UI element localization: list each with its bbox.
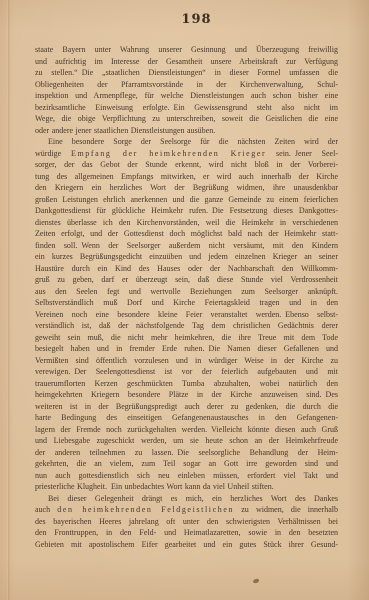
text-run: der anderen teilnehmen zu lassen. Die se… [35,448,338,457]
page-number: 198 [0,12,369,27]
text-line: lagern der Fremde noch zurückgehalten we… [35,424,338,436]
text-run: dienstes überlasse ich den Kirchenvorstä… [35,218,338,227]
text-line: oder andere jener staatlichen Dienstleis… [35,125,338,137]
text-line: den Kriegern ein herzliches Wort der Beg… [35,182,338,194]
text-run: auch [35,505,57,514]
text-line: und aufrichtig im Interesse der Gesamthe… [35,56,338,68]
text-run: bezirksamtliche Einweisung erfolgte. Ein… [35,103,338,112]
text-run: trauerumflorten Kerzen geschmückten Tumb… [35,379,338,388]
text-run: harte Bedingung des einseitigen Gefangen… [35,413,338,422]
text-run: inspektion und Armenpflege, für welche D… [35,91,338,100]
text-run: Vermißten sind öffentlich vorzulesen und… [35,356,338,365]
text-run: Obliegenheiten der Pfarramtsvorstände in… [35,80,338,89]
text-line: der anderen teilnehmen zu lassen. Die se… [35,447,338,459]
book-page: 198 staate Bayern unter Wahrung unserer … [0,0,369,600]
text-line: gruß zu geben, darf er überzeugt sein, d… [35,274,338,286]
emphasized-spaced-text: Empfang der heimkehrenden Krieger [71,149,266,158]
text-line: priesterliche Klugheit. Ein unbedachtes … [35,481,338,493]
text-run: Bei dieser Gelegenheit drängt es mich, e… [48,494,338,503]
text-run: gruß zu geben, darf er überzeugt sein, d… [35,275,338,284]
text-run: heimgekehrten Kriegern besondere Plätze … [35,390,338,399]
text-run: tung des allgemeinen Empfangs mitwirken,… [35,172,338,181]
text-line: Gebieten mit apostolischem Eifer gearbei… [35,539,338,551]
text-run: den Fronttruppen, in den Feld- und Heima… [35,528,338,537]
emphasized-spaced-text: den heimkehrenden Feldgeistlichen [57,505,234,514]
text-line: zu stellen.“ Die „staatlichen Dienstleis… [35,67,338,79]
text-line: Bei dieser Gelegenheit drängt es mich, e… [35,493,338,505]
text-run: sorger, der das Gebot der Stunde erkennt… [35,160,338,169]
text-run: und aufrichtig im Interesse der Gesamthe… [35,57,338,66]
text-line: ein kurzes Begrüßungsgedicht einzuüben u… [35,251,338,263]
text-line: würdige Empfang der heimkehrenden Kriege… [35,148,338,160]
text-line: sorger, der das Gebot der Stunde erkennt… [35,159,338,171]
text-line: dienstes überlasse ich den Kirchenvorstä… [35,217,338,229]
text-line: aus den Seelen fegt und wertvolle Bezieh… [35,286,338,298]
text-line: großen Leistungen ehrlich anerkennen und… [35,194,338,206]
text-line: Zeiten erfolgt, und der Gottesdienst doc… [35,228,338,240]
text-run: des bayerischen Heeres jahrelang oft unt… [35,517,338,526]
text-line: Haustüre durch ein Kind des Hauses oder … [35,263,338,275]
text-run: den Kriegern ein herzliches Wort der Beg… [35,183,338,192]
text-line: Selbstverständlich muß Dorf und Kirche F… [35,297,338,309]
text-line: Vermißten sind öffentlich vorzulesen und… [35,355,338,367]
text-run: Vereinen noch eine besondere kleine Feie… [35,310,338,319]
text-run: gekehrten, die an vielem, zum Teil sogar… [35,459,338,468]
text-line: inspektion und Armenpflege, für welche D… [35,90,338,102]
text-run: ein kurzes Begrüßungsgedicht einzuüben u… [35,252,338,261]
text-line: trauerumflorten Kerzen geschmückten Tumb… [35,378,338,390]
text-line: gekehrten, die an vielem, zum Teil sogar… [35,458,338,470]
text-run: priesterliche Klugheit. Ein unbedachtes … [35,482,274,491]
text-line: besiegelt haben und in fremder Erde ruhe… [35,343,338,355]
text-run: verständlich ist, daß der nächstfolgende… [35,321,338,330]
text-run: staate Bayern unter Wahrung unserer Gesi… [35,45,338,54]
text-run: lagern der Fremde noch zurückgehalten we… [35,425,338,434]
text-line: geweiht sein muß, die nicht mehr heimkeh… [35,332,338,344]
text-run: weiteren ist in der Begrüßungspredigt au… [35,402,338,411]
text-line: staate Bayern unter Wahrung unserer Gesi… [35,44,338,56]
text-run: besiegelt haben und in fremder Erde ruhe… [35,344,338,353]
text-line: Wege, die obige Verpflichtung zu untersc… [35,113,338,125]
text-line: den Fronttruppen, in den Feld- und Heima… [35,527,338,539]
text-line: harte Bedingung des einseitigen Gefangen… [35,412,338,424]
text-run: Selbstverständlich muß Dorf und Kirche F… [35,298,338,307]
text-line: finden soll. Wenn der Seelsorger außerde… [35,240,338,252]
text-run: verewigen. Der Seelengottesdienst ist vo… [35,367,338,376]
text-line: verewigen. Der Seelengottesdienst ist vo… [35,366,338,378]
text-line: tung des allgemeinen Empfangs mitwirken,… [35,171,338,183]
text-run: sein. Jener Seel- [266,149,338,158]
text-line: auch den heimkehrenden Feldgeistlichen z… [35,504,338,516]
text-run: Eine besondere Sorge der Seelsorge für d… [48,137,338,146]
text-run: oder andere jener staatlichen Dienstleis… [35,126,215,135]
paper-stain [253,578,260,583]
text-line: Eine besondere Sorge der Seelsorge für d… [35,136,338,148]
page-edge-crease [7,0,10,600]
text-line: des bayerischen Heeres jahrelang oft unt… [35,516,338,528]
text-run: Gebieten mit apostolischem Eifer gearbei… [35,540,338,549]
text-run: geweiht sein muß, die nicht mehr heimkeh… [35,333,338,342]
text-line: und Liebesgabe zugeschickt werden, um si… [35,435,338,447]
text-run: Wege, die obige Verpflichtung zu untersc… [35,114,338,123]
text-line: Dankgottesdienst für glückliche Heimkehr… [35,205,338,217]
text-line: nun auch gottesdienstlich sich neu einle… [35,470,338,482]
text-run: würdige [35,149,71,158]
text-run: aus den Seelen fegt und wertvolle Bezieh… [35,287,338,296]
text-run: zu widmen, die innerhalb [234,505,338,514]
page-text: staate Bayern unter Wahrung unserer Gesi… [35,44,338,550]
text-line: verständlich ist, daß der nächstfolgende… [35,320,338,332]
text-run: und Liebesgabe zugeschickt werden, um si… [35,436,338,445]
text-run: zu stellen.“ Die „staatlichen Dienstleis… [35,68,338,77]
text-line: Obliegenheiten der Pfarramtsvorstände in… [35,79,338,91]
text-line: Vereinen noch eine besondere kleine Feie… [35,309,338,321]
text-run: Zeiten erfolgt, und der Gottesdienst doc… [35,229,338,238]
text-run: Haustüre durch ein Kind des Hauses oder … [35,264,338,273]
text-run: nun auch gottesdienstlich sich neu einle… [35,471,338,480]
text-run: großen Leistungen ehrlich anerkennen und… [35,195,338,204]
text-line: bezirksamtliche Einweisung erfolgte. Ein… [35,102,338,114]
text-run: Dankgottesdienst für glückliche Heimkehr… [35,206,338,215]
text-line: weiteren ist in der Begrüßungspredigt au… [35,401,338,413]
text-run: finden soll. Wenn der Seelsorger außerde… [35,241,338,250]
text-line: heimgekehrten Kriegern besondere Plätze … [35,389,338,401]
